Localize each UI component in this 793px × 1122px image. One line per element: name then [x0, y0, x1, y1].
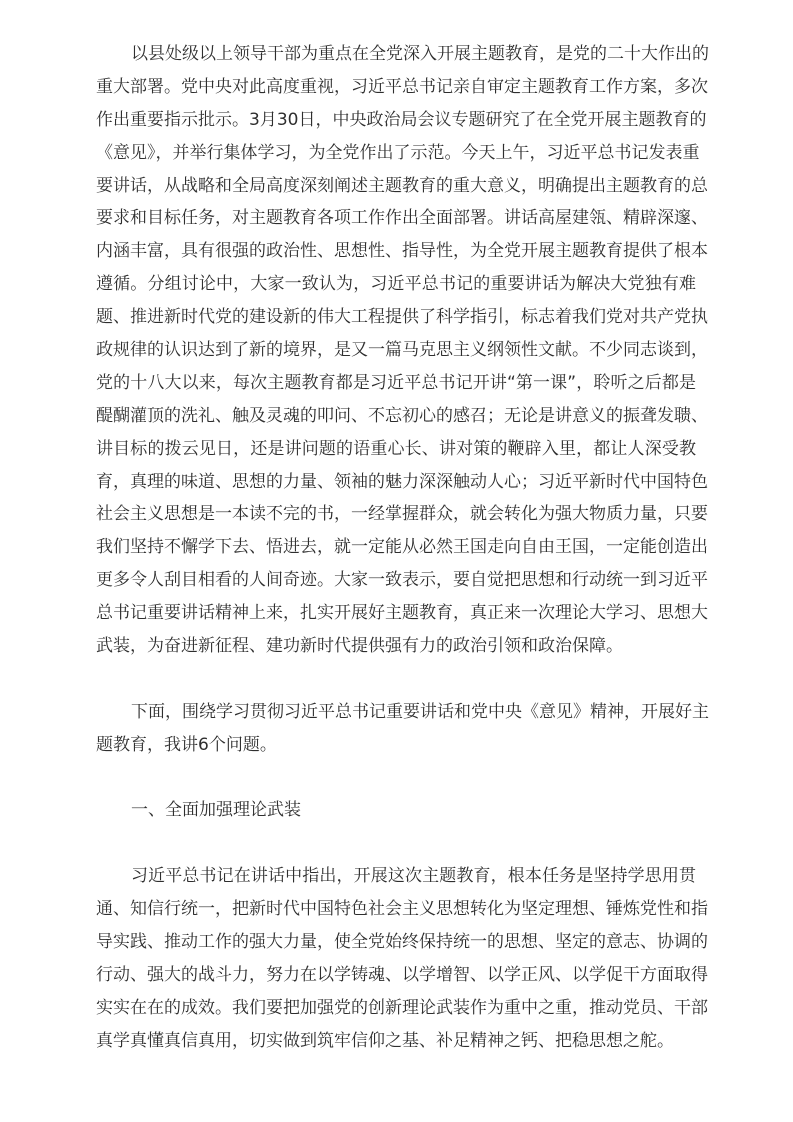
text-line: 总书记重要讲话精神上来，扎实开展好主题教育，真正来一次理论大学习、思想大: [96, 597, 696, 630]
section-heading: 一、全面加强理论武装: [96, 794, 696, 827]
paragraph-outline: 下面，围绕学习贯彻习近平总书记重要讲话和党中央《意见》精神，开展好主 题教育，我…: [96, 696, 696, 762]
text-line: 《意见》，并举行集体学习，为全党作出了示范。今天上午，习近平总书记发表重: [96, 137, 696, 170]
text-line: 下面，围绕学习贯彻习近平总书记重要讲话和党中央《意见》精神，开展好主: [96, 696, 696, 729]
text-line: 题、推进新时代党的建设新的伟大工程提供了科学指引，标志着我们党对共产党执: [96, 301, 696, 334]
text-line: 育，真理的味道、思想的力量、领袖的魅力深深触动人心；习近平新时代中国特色: [96, 466, 696, 499]
text-line: 要求和目标任务，对主题教育各项工作作出全面部署。讲话高屋建瓴、精辟深邃、: [96, 202, 696, 235]
text-line: 重大部署。党中央对此高度重视，习近平总书记亲自审定主题教育工作方案，多次: [96, 71, 696, 104]
text-line: 武装，为奋进新征程、建功新时代提供强有力的政治引领和政治保障。: [96, 630, 696, 663]
text-line: 通、知信行统一，把新时代中国特色社会主义思想转化为坚定理想、锤炼党性和指: [96, 893, 696, 926]
text-line: 遵循。分组讨论中，大家一致认为，习近平总书记的重要讲话为解决大党独有难: [96, 268, 696, 301]
text-line: 醍醐灌顶的洗礼、触及灵魂的叩问、不忘初心的感召；无论是讲意义的振聋发聩、: [96, 400, 696, 433]
text-line: 我们坚持不懈学下去、悟进去，就一定能从必然王国走向自由王国，一定能创造出: [96, 531, 696, 564]
text-line: 社会主义思想是一本读不完的书，一经掌握群众，就会转化为强大物质力量，只要: [96, 498, 696, 531]
text-line: 行动、强大的战斗力，努力在以学铸魂、以学增智、以学正风、以学促干方面取得: [96, 959, 696, 992]
text-line: 习近平总书记在讲话中指出，开展这次主题教育，根本任务是坚持学思用贯: [96, 860, 696, 893]
text-line: 作出重要指示批示。3月30日，中央政治局会议专题研究了在全党开展主题教育的: [96, 104, 696, 137]
paragraph-intro: 以县处级以上领导干部为重点在全党深入开展主题教育，是党的二十大作出的 重大部署。…: [96, 38, 696, 663]
document-page: 以县处级以上领导干部为重点在全党深入开展主题教育，是党的二十大作出的 重大部署。…: [96, 38, 696, 1091]
text-line: 要讲话，从战略和全局高度深刻阐述主题教育的重大意义，明确提出主题教育的总: [96, 170, 696, 203]
text-line: 内涵丰富，具有很强的政治性、思想性、指导性，为全党开展主题教育提供了根本: [96, 235, 696, 268]
text-line: 导实践、推动工作的强大力量，使全党始终保持统一的思想、坚定的意志、协调的: [96, 926, 696, 959]
text-line: 政规律的认识达到了新的境界，是又一篇马克思主义纲领性文献。不少同志谈到，: [96, 334, 696, 367]
text-line: 讲目标的拨云见日，还是讲问题的语重心长、讲对策的鞭辟入里，都让人深受教: [96, 433, 696, 466]
text-line: 更多令人刮目相看的人间奇迹。大家一致表示，要自觉把思想和行动统一到习近平: [96, 564, 696, 597]
text-line: 实实在在的成效。我们要把加强党的创新理论武装作为重中之重，推动党员、干部: [96, 992, 696, 1025]
text-line: 题教育，我讲6个问题。: [96, 729, 696, 762]
text-line: 党的十八大以来，每次主题教育都是习近平总书记开讲“第一课”，聆听之后都是: [96, 367, 696, 400]
text-line: 真学真懂真信真用，切实做到筑牢信仰之基、补足精神之钙、把稳思想之舵。: [96, 1025, 696, 1058]
paragraph-section-1: 习近平总书记在讲话中指出，开展这次主题教育，根本任务是坚持学思用贯 通、知信行统…: [96, 860, 696, 1057]
text-line: 以县处级以上领导干部为重点在全党深入开展主题教育，是党的二十大作出的: [96, 38, 696, 71]
heading-text: 一、全面加强理论武装: [96, 794, 696, 827]
